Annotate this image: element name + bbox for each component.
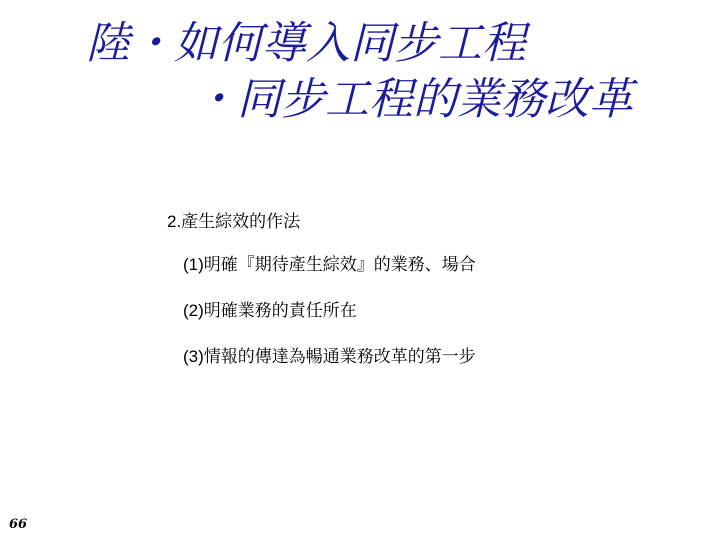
page-number: 66 (9, 517, 27, 532)
slide-title: 陸・如何導入同步工程 ・同步工程的業務改革 (86, 16, 633, 128)
slide-title-line-1: 陸・如何導入同步工程 (86, 16, 633, 72)
body-heading: 2.產生綜效的作法 (167, 212, 476, 232)
body-item-1: (1)明確『期待產生綜效』的業務、場合 (183, 255, 476, 275)
body-item-3: (3)情報的傳達為暢通業務改革的第一步 (183, 347, 476, 367)
presentation-slide: 陸・如何導入同步工程 ・同步工程的業務改革 2.產生綜效的作法 (1)明確『期待… (0, 0, 720, 540)
slide-body: 2.產生綜效的作法 (1)明確『期待產生綜效』的業務、場合 (2)明確業務的責任… (167, 212, 476, 393)
body-item-2: (2)明確業務的責任所在 (183, 301, 476, 321)
slide-title-line-2: ・同步工程的業務改革 (86, 72, 633, 128)
